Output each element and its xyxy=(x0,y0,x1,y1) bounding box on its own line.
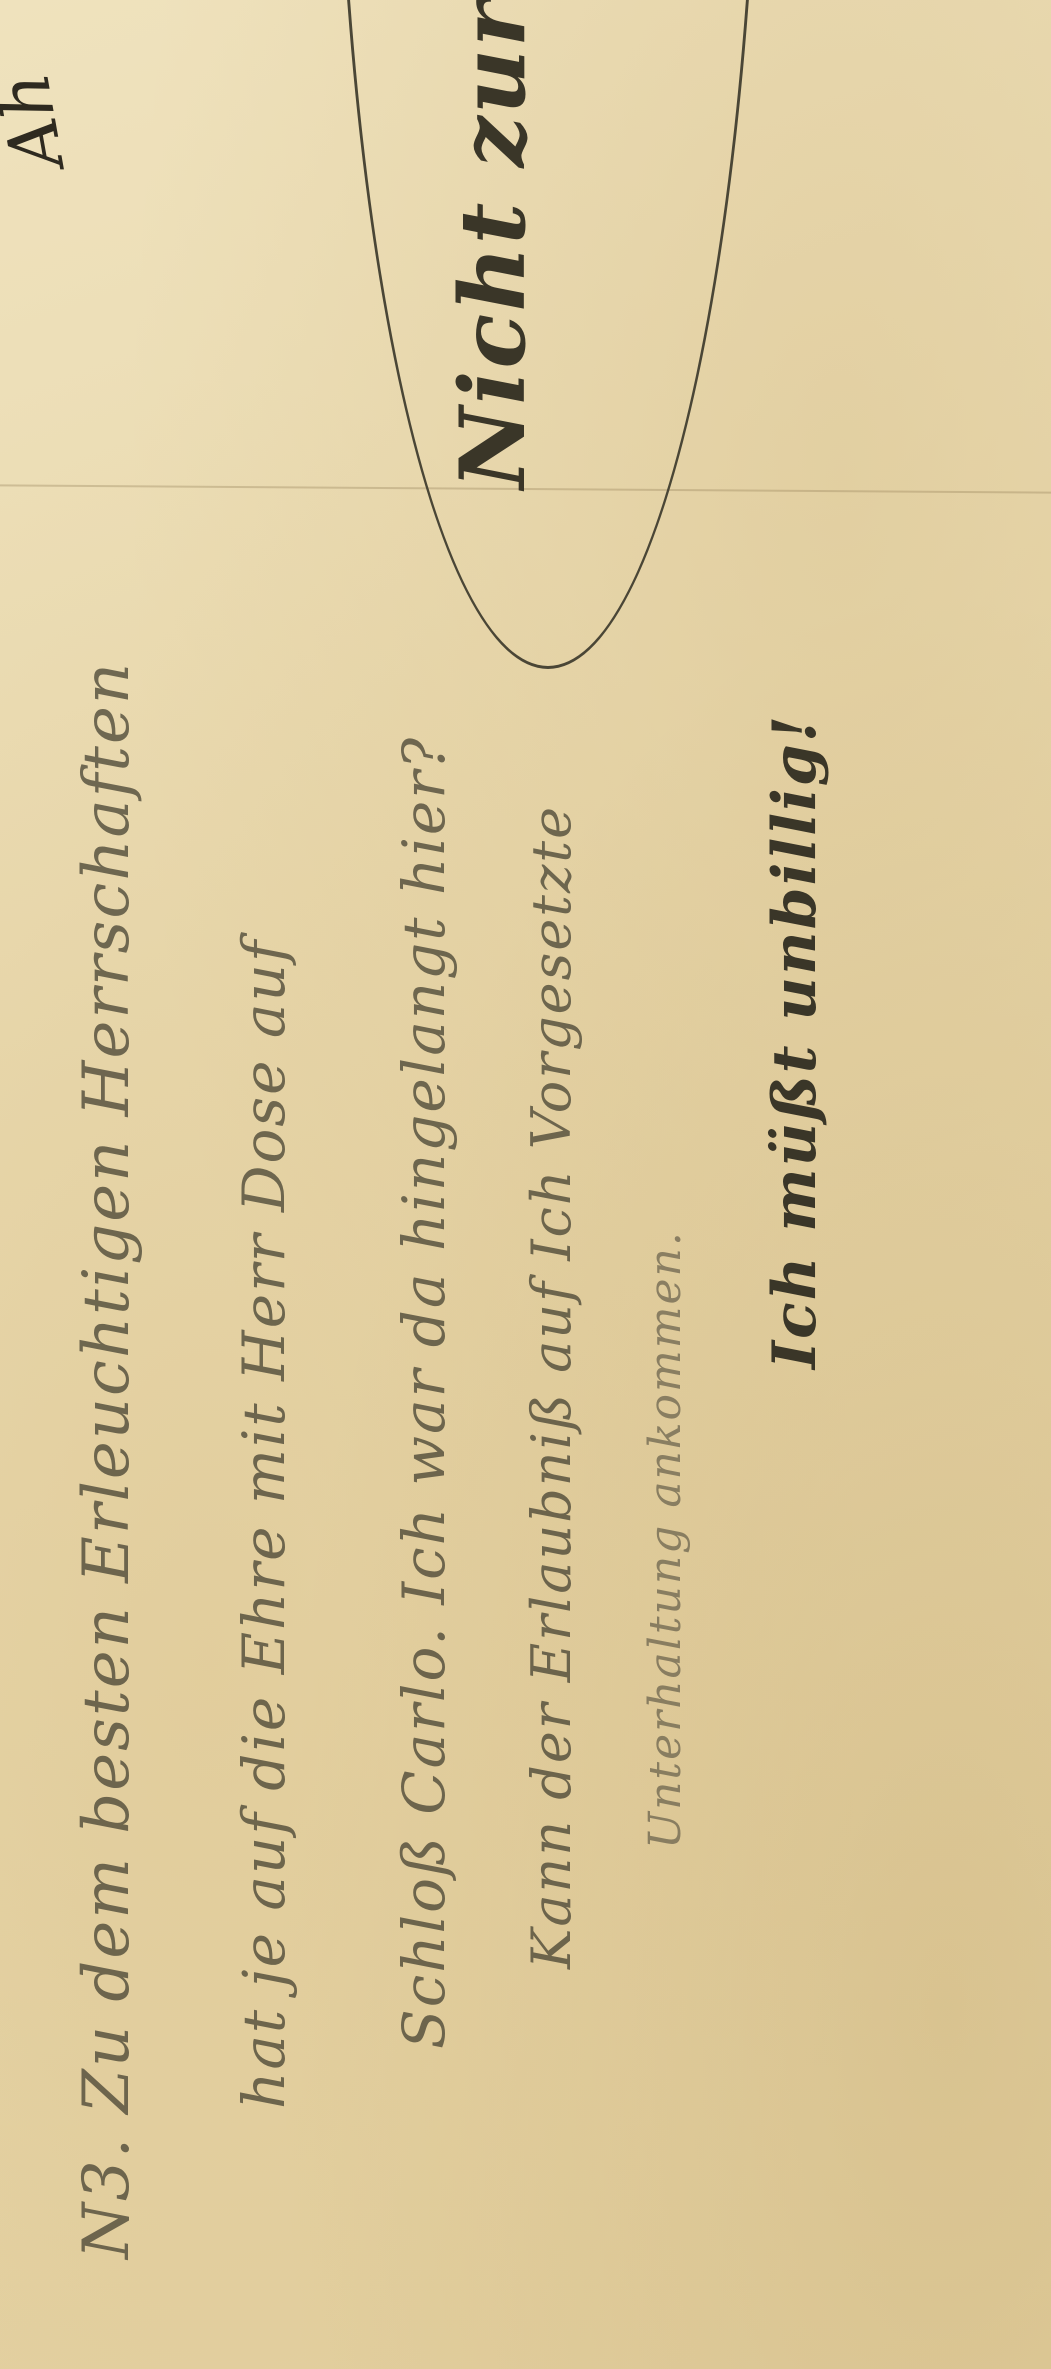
letter-line-6: Ich müßt unbillig! xyxy=(760,714,830,1369)
rotated-document-content: Ah N3. Zu dem besten Erleuchtigen Herrsc… xyxy=(0,0,1051,2369)
letter-line-2: hat je auf die Ehre mit Herr Dose auf xyxy=(230,939,298,2109)
corner-handwriting-fragment: Ah xyxy=(0,67,80,175)
letter-line-4: Kann der Erlaubniß auf Ich Vorgesetzte xyxy=(520,805,583,1969)
letter-line-5: Unterhaltung ankommen. xyxy=(640,1230,691,1849)
letter-line-1: N3. Zu dem besten Erleuchtigen Herrschaf… xyxy=(70,661,144,2259)
circled-annotation-oval xyxy=(335,0,761,669)
letter-line-3: Schloß Carlo. Ich war da hingelangt hier… xyxy=(390,736,458,2049)
circled-annotation-text: Nicht zurück! xyxy=(440,0,546,489)
